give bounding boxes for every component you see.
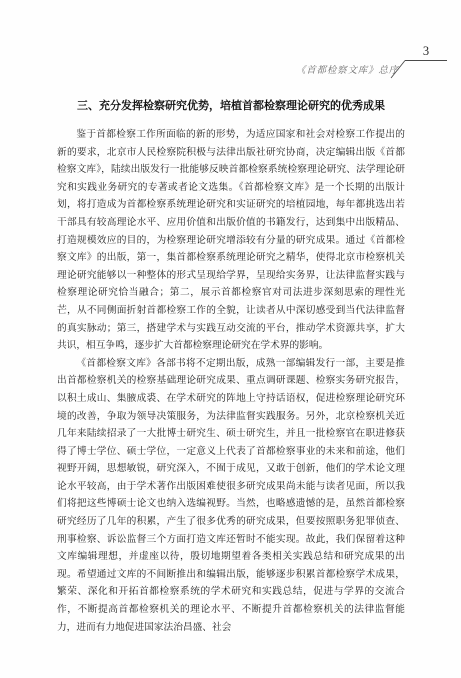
text-block: 三、充分发挥检察研究优势，培植首都检察理论研究的优秀成果 鉴于首都检察工作所面临… [57, 100, 405, 636]
page-number: 3 [404, 44, 448, 58]
book-page: 3 《首都检察文库》总序 三、充分发挥检察研究优势，培植首都检察理论研究的优秀成… [0, 0, 461, 678]
section-heading: 三、充分发挥检察研究优势，培植首都检察理论研究的优秀成果 [57, 100, 405, 113]
running-head: 《首都检察文库》总序 [296, 65, 399, 77]
paragraph-2: 《首都检察文库》各部书将不定期出版，成熟一部编辑发行一部，主要是推出首都检察机关… [57, 355, 405, 637]
paragraph-1: 鉴于首都检察工作所面临的新的形势，为适应国家和社会对检察工作提出的新的要求，北京… [57, 126, 405, 355]
